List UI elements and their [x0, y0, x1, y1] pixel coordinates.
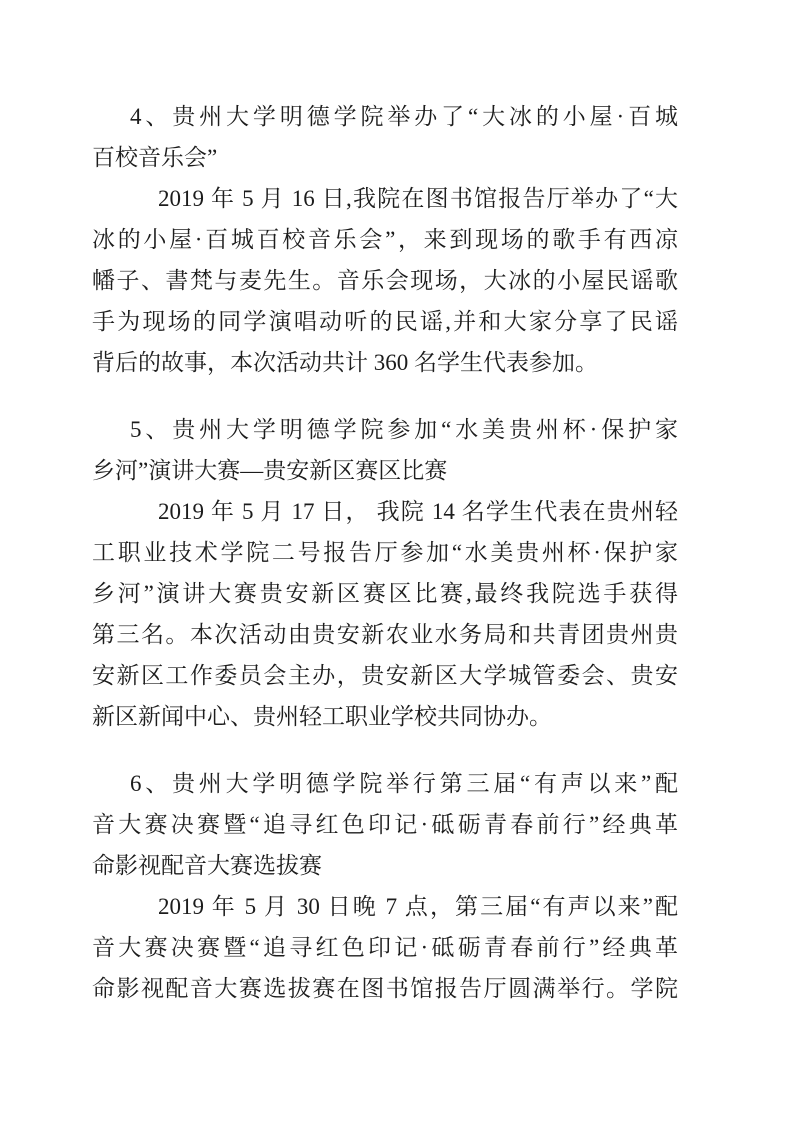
- section-6-heading-line-2: 音大赛决赛暨“追寻红色印记·砥砺青春前行”经典革: [92, 804, 678, 845]
- section-6-heading-line-1: 6、贵州大学明德学院举行第三届“有声以来”配: [92, 763, 678, 804]
- section-6-body-line-1: 2019 年 5 月 30 日晚 7 点，第三届“有声以来”配: [92, 886, 678, 927]
- section-5-body-line-5: 安新区工作委员会主办，贵安新区大学城管委会、贵安: [92, 655, 678, 696]
- section-6-heading-line-3: 命影视配音大赛选拔赛: [92, 845, 678, 886]
- section-4-heading-line-2: 百校音乐会”: [92, 137, 678, 178]
- section-4: 4、贵州大学明德学院举办了“大冰的小屋·百城 百校音乐会” 2019 年 5 月…: [92, 96, 678, 383]
- section-5-body-line-2: 工职业技术学院二号报告厅参加“水美贵州杯·保护家: [92, 532, 678, 573]
- section-5-body-line-6: 新区新闻中心、贵州轻工职业学校共同协办。: [92, 696, 678, 737]
- section-6-body-line-3: 命影视配音大赛选拔赛在图书馆报告厅圆满举行。学院: [92, 968, 678, 1009]
- section-4-body-line-4: 手为现场的同学演唱动听的民谣,并和大家分享了民谣: [92, 301, 678, 342]
- section-5-body-line-4: 第三名。本次活动由贵安新农业水务局和共青团贵州贵: [92, 614, 678, 655]
- section-6-body-line-2: 音大赛决赛暨“追寻红色印记·砥砺青春前行”经典革: [92, 927, 678, 968]
- page-content: 4、贵州大学明德学院举办了“大冰的小屋·百城 百校音乐会” 2019 年 5 月…: [92, 96, 678, 1009]
- section-5-heading-line-2: 乡河”演讲大赛—贵安新区赛区比赛: [92, 450, 678, 491]
- section-4-body-line-2: 冰的小屋·百城百校音乐会”，来到现场的歌手有西凉: [92, 219, 678, 260]
- section-6: 6、贵州大学明德学院举行第三届“有声以来”配 音大赛决赛暨“追寻红色印记·砥砺青…: [92, 763, 678, 1009]
- section-5: 5、贵州大学明德学院参加“水美贵州杯·保护家 乡河”演讲大赛—贵安新区赛区比赛 …: [92, 409, 678, 737]
- document-page: 4、贵州大学明德学院举办了“大冰的小屋·百城 百校音乐会” 2019 年 5 月…: [0, 0, 793, 1122]
- section-4-heading-line-1: 4、贵州大学明德学院举办了“大冰的小屋·百城: [92, 96, 678, 137]
- section-4-body-line-3: 幡子、書梵与麦先生。音乐会现场，大冰的小屋民谣歌: [92, 260, 678, 301]
- section-5-heading-line-1: 5、贵州大学明德学院参加“水美贵州杯·保护家: [92, 409, 678, 450]
- section-5-body-line-1: 2019 年 5 月 17 日， 我院 14 名学生代表在贵州轻: [92, 491, 678, 532]
- section-4-body-line-5: 背后的故事，本次活动共计 360 名学生代表参加。: [92, 342, 678, 383]
- section-4-body-line-1: 2019 年 5 月 16 日,我院在图书馆报告厅举办了“大: [92, 178, 678, 219]
- section-5-body-line-3: 乡河”演讲大赛贵安新区赛区比赛,最终我院选手获得: [92, 573, 678, 614]
